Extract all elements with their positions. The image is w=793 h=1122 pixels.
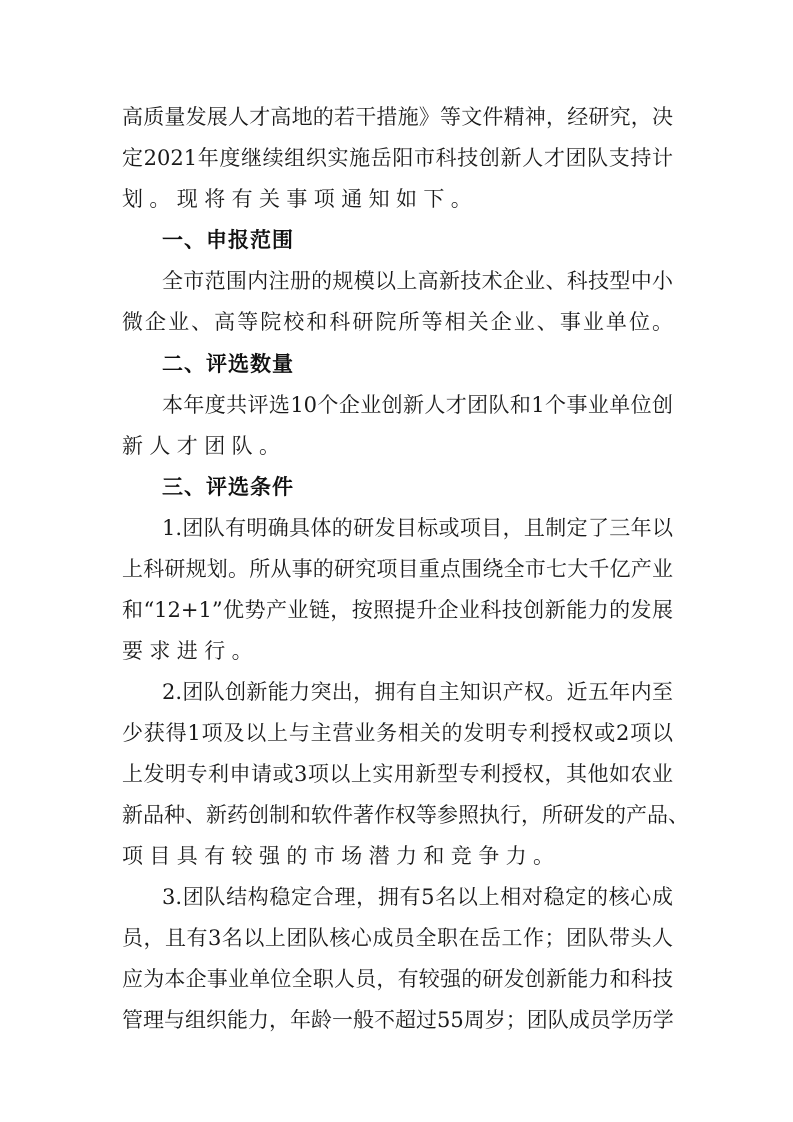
criteria-item2-line-1: 2.团队创新能力突出，拥有自主知识产权。近五年内至 — [162, 677, 673, 707]
criteria-item3-line-4: 管理与组织能力，年龄一般不超过55周岁；团队成员学历学 — [122, 1005, 673, 1035]
criteria-item1-line-1: 1.团队有明确具体的研发目标或项目，且制定了三年以 — [162, 513, 673, 543]
criteria-item2-line-3: 上发明专利申请或3项以上实用新型专利授权，其他如农业 — [122, 759, 673, 789]
document-page: 高质量发展人才高地的若干措施》等文件精神，经研究，决 定2021年度继续组织实施… — [0, 0, 793, 1122]
section-heading-quantity: 二、评选数量 — [162, 349, 294, 379]
criteria-item3-line-1: 3.团队结构稳定合理，拥有5名以上相对稳定的核心成 — [162, 882, 673, 912]
criteria-item1-line-3: 和“12+1”优势产业链，按照提升企业科技创新能力的发展 — [122, 595, 673, 625]
section2-line-2: 新人才团队。 — [122, 431, 673, 461]
criteria-item2-line-2: 少获得1项及以上与主营业务相关的发明专利授权或2项以 — [122, 718, 673, 748]
criteria-item2-line-4: 新品种、新药创制和软件著作权等参照执行，所研发的产品、 — [122, 800, 673, 830]
section2-line-1: 本年度共评选10个企业创新人才团队和1个事业单位创 — [162, 390, 673, 420]
section-heading-scope: 一、申报范围 — [162, 225, 294, 255]
section1-line-2: 微企业、高等院校和科研院所等相关企业、事业单位。 — [122, 307, 673, 337]
intro-line-1: 高质量发展人才高地的若干措施》等文件精神，经研究，决 — [122, 102, 673, 132]
intro-line-2: 定2021年度继续组织实施岳阳市科技创新人才团队支持计 — [122, 143, 673, 173]
criteria-item3-line-2: 员，且有3名以上团队核心成员全职在岳工作；团队带头人 — [122, 923, 673, 953]
intro-line-3: 划。现将有关事项通知如下。 — [122, 184, 673, 214]
criteria-item1-line-4: 要求进行。 — [122, 636, 673, 666]
section-heading-criteria: 三、评选条件 — [162, 472, 294, 502]
section1-line-1: 全市范围内注册的规模以上高新技术企业、科技型中小 — [162, 266, 673, 296]
criteria-item2-line-5: 项目具有较强的市场潜力和竞争力。 — [122, 841, 673, 871]
criteria-item3-line-3: 应为本企事业单位全职人员，有较强的研发创新能力和科技 — [122, 964, 673, 994]
criteria-item1-line-2: 上科研规划。所从事的研究项目重点围绕全市七大千亿产业 — [122, 554, 673, 584]
